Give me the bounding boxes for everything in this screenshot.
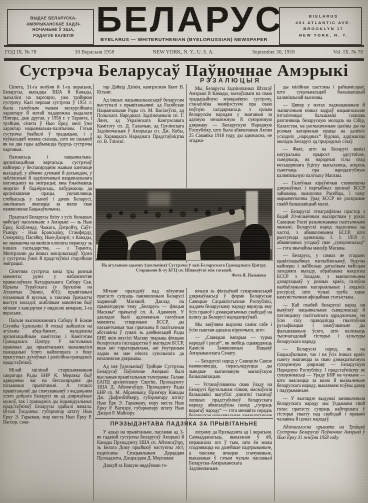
paragraph: — У выглядзе выдумкі заняволеньня белару… (277, 396, 365, 422)
president-thanks-column-left: У адказ на прывітаньне, пасланае ад 3-яе… (97, 430, 184, 501)
paragraph: тар Дэйвід Дзінін, кангрэсмэн Кент В. Кі… (97, 85, 184, 95)
paragraph: — „Савецкая імпэрыя — турма народаў і ра… (189, 336, 272, 357)
dateline-date-english: September 30, 1958 (252, 49, 295, 55)
photo-bright-doorway (246, 191, 258, 233)
paragraph: — Устанаўліваючы сваю ўладу на Беларусі … (189, 382, 272, 416)
paragraph: Мілай хвілінай старшыняваньня сакратара … (3, 368, 92, 425)
column-divider (274, 84, 275, 501)
paragraph: Мы, Беларусы Задзіночаных Штатаў Амэрыкі… (189, 87, 272, 144)
photo-credit: Фота Я. Пазьняка (95, 273, 266, 278)
paragraph: Дзякуй за Вашую нядаўнюю тэ- (97, 464, 184, 469)
paragraph: — Беларусь, у самых яе стадыях цывілізац… (277, 254, 365, 301)
column-divider (186, 84, 187, 501)
paragraph: Ад імя ўдзельнікаў Трэйцяе Сустрэчы Бела… (97, 364, 184, 416)
paragraph: — Галоўныя кіраўнічыя становішчы дзяржаў… (277, 181, 365, 207)
president-thanks-heading: ПРЭЗЫДЭНТАВА ПАДЗЯКА ЗА ПРЫВІТАНЬНЕ (95, 421, 273, 427)
photo-caption: На агульным здымку ўдзельнікаў Сустрэчы … (95, 263, 273, 273)
paragraph: Мітынг праходзіў пад лёзунгам пратэсту с… (97, 289, 184, 362)
banquet-photo (95, 188, 273, 261)
paragraph: — Факт, што на Беларусі вялікі натуральн… (277, 147, 365, 178)
paragraph: Сёлетняя сустрэча мела тры розныя мамэнт… (3, 269, 92, 316)
photo-banquet-table-front (183, 235, 273, 261)
paragraph: Адзінагалосна прынята на Трэйцяй Сустрэч… (277, 425, 365, 441)
address-box: BIELARUS401 ATLANTIC AVE.BROOKLYN 17NEW … (279, 7, 362, 45)
newspaper-subtitle: BYELARUS — WHITERUTHENIAN (BYELORUSSIAN)… (96, 37, 272, 43)
publisher-box: ВЫДАЕ БЕЛАРУСКА-АМЭРЫКАНСКАЕ ЗАДЗІ-НОЧАН… (7, 9, 94, 45)
newspaper-title: БЕЛАРУС (96, 0, 272, 37)
photo-caption-block: На агульным здымку ўдзельнікаў Сустрэчы … (95, 263, 273, 288)
photo-foreground-figure (199, 235, 235, 261)
paragraph: ючыся зь фіктыўнай сувэрэннасьцяй дзяржа… (189, 289, 272, 320)
paragraph: Ад іншых нацыянальнасьцяў беларусам выст… (97, 98, 184, 145)
address-line: NEW YORK, N. Y. (280, 32, 361, 38)
dateline-volume-english: Vol. IX. № 78 (333, 49, 363, 55)
dateline-date-cyrillic: 30 Верасьня 1958 (75, 49, 114, 55)
photo-foreground-figure (96, 229, 129, 261)
paragraph: — Каб глыбей беларускі народ ня выяўляў … (277, 303, 365, 345)
dateline-place: NEW YORK, N. Y., U. S. A. (153, 49, 214, 55)
resolution-column-top: РЭЗАЛЮЦЫЯ Мы, Беларусы Задзіночаных Штат… (189, 77, 272, 187)
paragraph: — Цяпер у мэтах падмацаваньня й зьнішчэн… (277, 103, 365, 145)
article-column-2-top: тар Дэйвід Дзінін, кангрэсмэн Кент В. Кі… (97, 85, 184, 187)
paragraph: Пасьля высокачыннага Сабору й Божае Служ… (3, 319, 92, 366)
main-headline: Сустрэча Беларусаў Паўночнае Амэрыкі (0, 61, 368, 81)
paragraph: — Беларускі народ у Савецкім Саюзе паняв… (189, 359, 272, 380)
article-column-2-middle: Мітынг праходзіў пад лёзунгам пратэсту с… (97, 289, 184, 416)
paragraph: Важнасьць і нацыянальна-арганізацыйная в… (3, 155, 92, 212)
newspaper-front-page: ВЫДАЕ БЕЛАРУСКА-АМЭРЫКАНСКАЕ ЗАДЗІ-НОЧАН… (0, 0, 368, 503)
paragraph: Сёлета, 31-га жніўня й 1-га верасьня, Бе… (3, 85, 92, 153)
paragraph: — Беларускі этнаграфічны прастор з бадай… (277, 209, 365, 251)
newspaper-subtitle-wrap: BYELARUS — WHITERUTHENIAN (BYELORUSSIAN)… (96, 37, 272, 45)
publisher-line: РЭДАГУЕ КАЛЕГІЯ (8, 33, 93, 39)
paragraph: леграму да Прэзыдэнта ад 1 верасьня. Сам… (189, 430, 272, 472)
article-column-1: Сёлета, 31-га жніўня й 1-га верасьня, Бе… (3, 85, 92, 501)
column-divider (93, 84, 94, 501)
photo-ceiling-light (148, 192, 170, 206)
dateline-volume-cyrillic: ГОД IX. № 78 (5, 49, 36, 55)
photo-seated-guests (96, 189, 102, 195)
photo-foreground-figure (162, 240, 186, 261)
paragraph: У адказ на прывітаньне, пасланае ад 3-яе… (97, 430, 184, 461)
paragraph: Прыехалі Беларусы блізу з усіх большых м… (3, 215, 92, 267)
publisher-box-lines: ВЫДАЕ БЕЛАРУСКА-АМЭРЫКАНСКАЕ ЗАДЗІ-НОЧАН… (8, 10, 93, 44)
dateline: ГОД IX. № 78 30 Верасьня 1958 NEW YORK, … (5, 47, 363, 57)
resolution-column-right: ды мілійнае сыстэмы і райкамісараў, што … (277, 85, 365, 501)
president-thanks-column-right: леграму да Прэзыдэнта ад 1 верасьня. Сам… (189, 430, 272, 501)
paragraph: ды мілійнае сыстэмы і райкамісараў, што … (277, 85, 365, 101)
photo-foreground-figure (130, 240, 156, 261)
photo-banquet-table (95, 208, 247, 260)
paragraph: Мы заяўляем выразна самім сабе і ўсім сь… (189, 323, 272, 333)
paragraph: — Беларускі народ, як на Бацькаўшчыне, т… (277, 347, 365, 394)
address-box-lines: BIELARUS401 ATLANTIC AVE.BROOKLYN 17NEW … (280, 8, 361, 44)
photo-foreground-figure (240, 224, 270, 261)
resolution-heading: РЭЗАЛЮЦЫЯ (189, 77, 272, 84)
resolution-column-middle: ючыся зь фіктыўнай сувэрэннасьцяй дзяржа… (189, 289, 272, 416)
